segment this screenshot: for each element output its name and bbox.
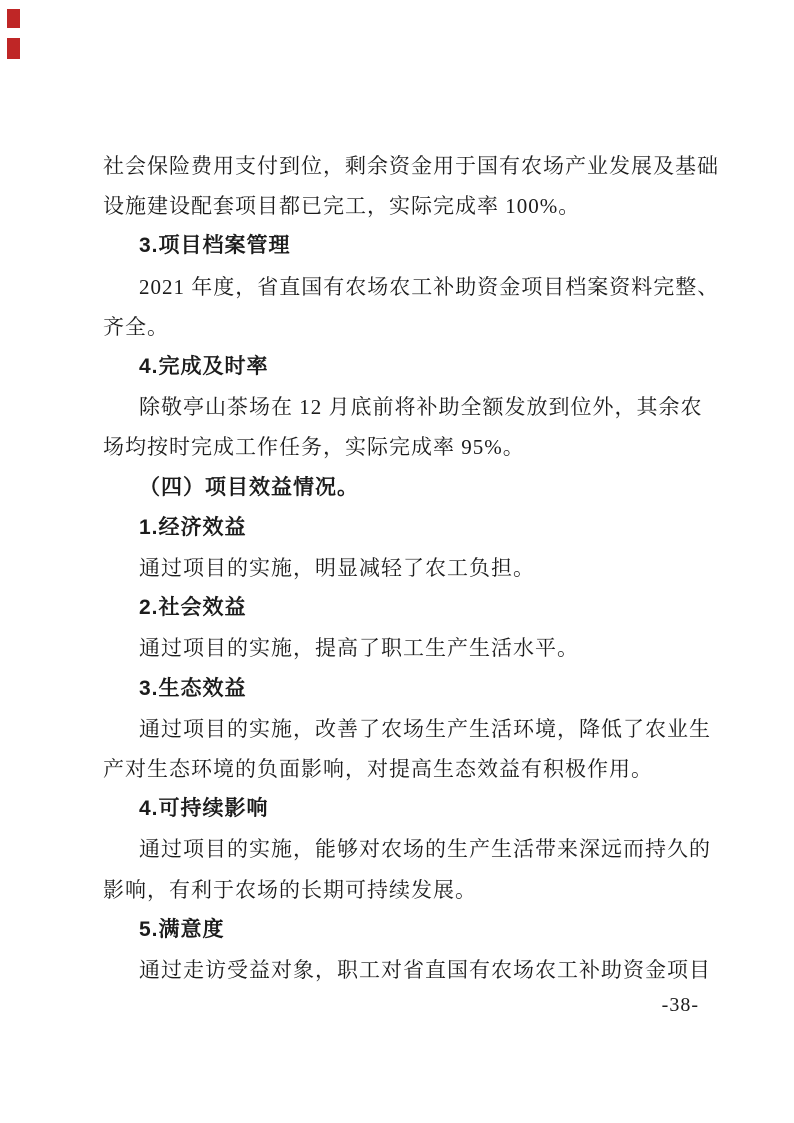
body-text-line: 除敬亭山茶场在 12 月底前将补助全额发放到位外，其余农	[103, 387, 734, 427]
body-text-line: 2021 年度，省直国有农场农工补助资金项目档案资料完整、	[103, 267, 734, 307]
body-text-line: 社会保险费用支付到位，剩余资金用于国有农场产业发展及基础	[103, 146, 734, 186]
section-heading: 4.完成及时率	[103, 347, 734, 387]
section-heading: （四）项目效益情况。	[103, 468, 734, 508]
body-text-line: 通过走访受益对象，职工对省直国有农场农工补助资金项目	[103, 950, 734, 990]
body-text-line: 通过项目的实施，明显减轻了农工负担。	[103, 548, 734, 588]
section-heading: 4.可持续影响	[103, 789, 734, 829]
body-text-line: 产对生态环境的负面影响，对提高生态效益有积极作用。	[103, 749, 734, 789]
body-text-line: 通过项目的实施，提高了职工生产生活水平。	[103, 628, 734, 668]
section-heading: 5.满意度	[103, 910, 734, 950]
body-text-line: 齐全。	[103, 307, 734, 347]
body-text-line: 影响，有利于农场的长期可持续发展。	[103, 870, 734, 910]
body-text-line: 场均按时完成工作任务，实际完成率 95%。	[103, 427, 734, 467]
red-corner-mark-top	[7, 9, 20, 28]
body-text-line: 设施建设配套项目都已完工，实际完成率 100%。	[103, 186, 734, 226]
page-number: -38-	[662, 994, 699, 1017]
body-text-line: 通过项目的实施，能够对农场的生产生活带来深远而持久的	[103, 829, 734, 869]
section-heading: 3.生态效益	[103, 669, 734, 709]
section-heading: 3.项目档案管理	[103, 226, 734, 266]
body-text-line: 通过项目的实施，改善了农场生产生活环境，降低了农业生	[103, 709, 734, 749]
document-page: 社会保险费用支付到位，剩余资金用于国有农场产业发展及基础设施建设配套项目都已完工…	[0, 0, 794, 1123]
red-corner-mark-bottom	[7, 38, 20, 59]
document-body: 社会保险费用支付到位，剩余资金用于国有农场产业发展及基础设施建设配套项目都已完工…	[103, 146, 734, 990]
section-heading: 2.社会效益	[103, 588, 734, 628]
section-heading: 1.经济效益	[103, 508, 734, 548]
document-screenshot: { "page": { "number": "-38-", "backgroun…	[0, 0, 794, 1123]
